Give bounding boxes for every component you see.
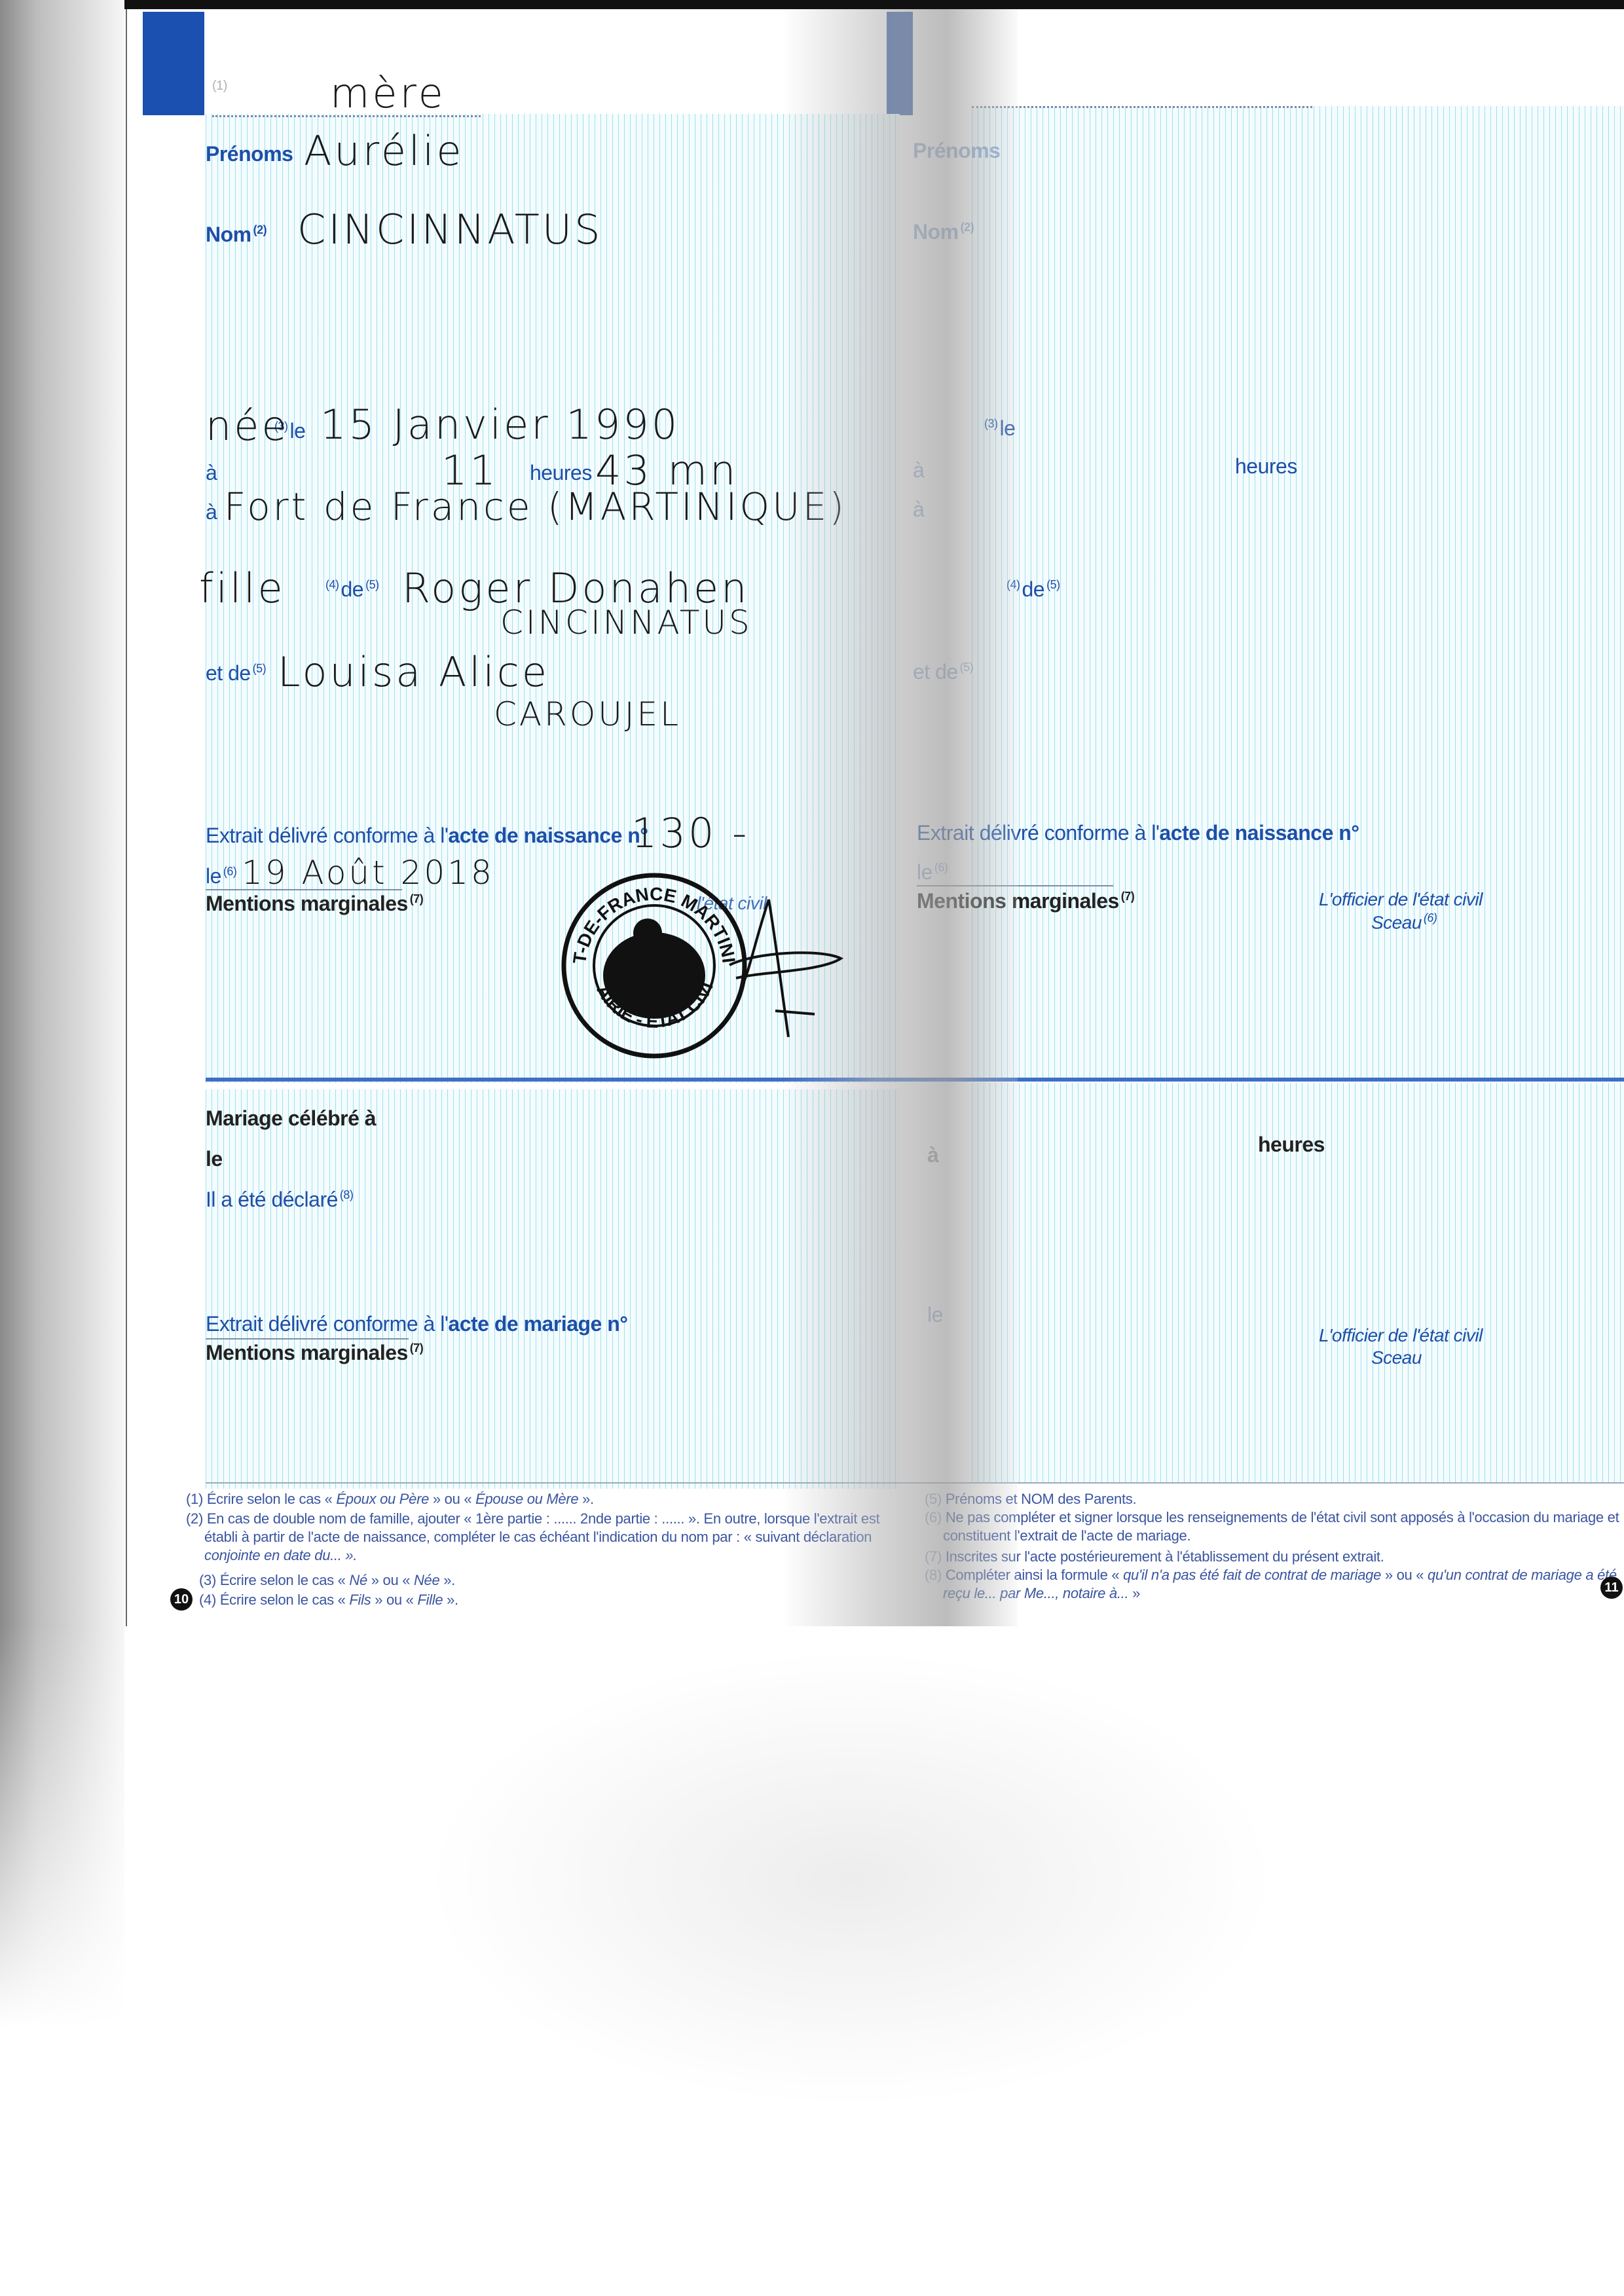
right-marriage-sceau-label: Sceau <box>1371 1347 1422 1368</box>
right-marriage-officer-label: L'officier de l'état civil <box>1319 1325 1483 1346</box>
birth-a-label: à <box>206 461 217 485</box>
prenoms-label: Prénoms <box>206 142 293 166</box>
nom-label: Nom(2) <box>206 223 268 247</box>
right-birth-extract-line: Extrait délivré conforme à l'acte de nai… <box>917 821 1359 845</box>
livret-spread: (1) mère Prénoms Aurélie Nom(2) CINCINNA… <box>126 9 1624 1626</box>
scanner-top-edge <box>0 0 1624 9</box>
extract-date-handwritten[interactable]: 19 Août 2018 <box>242 854 494 892</box>
father-last-name-handwritten[interactable]: CINCINNATUS <box>500 604 752 642</box>
de-label: (4)de(5) <box>323 577 381 602</box>
section-divider-rule <box>206 1078 1624 1082</box>
scanner-left-fade <box>0 1624 124 2296</box>
birth-place-a-label: à <box>206 500 217 524</box>
right-et-de-label: et de(5) <box>913 660 975 684</box>
birth-date-handwritten[interactable]: 15 Janvier 1990 <box>320 401 680 448</box>
right-heures-label: heures <box>1235 454 1297 479</box>
right-extract-underline <box>917 885 1113 886</box>
mother-first-names-handwritten[interactable]: Louisa Alice <box>278 648 549 696</box>
left-page-blue-tab <box>143 12 204 115</box>
mariage-celebre-label: Mariage célébré à <box>206 1106 376 1131</box>
mother-last-name-handwritten[interactable]: CAROUJEL <box>494 695 681 733</box>
right-sceau-label: Sceau(6) <box>1371 911 1439 933</box>
footnote-8: (8) Compléter ainsi la formule « qu'il n… <box>925 1566 1617 1603</box>
right-marriage-le-label: le <box>927 1303 943 1327</box>
footnote-4: (4) Écrire selon le cas « Fils » ou « Fi… <box>199 1591 458 1609</box>
right-officer-label: L'officier de l'état civil <box>1319 889 1483 910</box>
footnote-6: (6) Ne pas compléter et signer lorsque l… <box>925 1508 1619 1545</box>
prenoms-value-handwritten[interactable]: Aurélie <box>304 127 464 175</box>
right-security-background-top <box>972 106 1624 1082</box>
right-page-blue-tab <box>887 12 913 115</box>
right-marriage-heures-label: heures <box>1258 1133 1325 1157</box>
acte-number-handwritten[interactable]: 130 - <box>631 809 749 857</box>
role-footnote-marker: (1) <box>212 79 227 94</box>
footnote-1: (1) Écrire selon le cas « Époux ou Père … <box>186 1490 594 1508</box>
officer-signature <box>716 886 847 1044</box>
marriage-extract-underline <box>206 1338 409 1339</box>
right-nom-label: Nom(2) <box>913 220 976 244</box>
nee-handwritten[interactable]: née <box>206 402 289 450</box>
right-prenoms-label: Prénoms <box>913 139 1000 163</box>
right-de-label: (4)de(5) <box>1005 577 1062 602</box>
scan-bottom-shadow <box>426 1650 1277 2108</box>
nom-value-handwritten[interactable]: CINCINNATUS <box>297 206 603 253</box>
footnote-rule <box>206 1482 1624 1484</box>
right-marriage-a-label: à <box>927 1143 938 1167</box>
extract-le-label: le(6) <box>206 864 238 888</box>
birth-place-handwritten[interactable]: Fort de France (MARTINIQUE) <box>224 484 847 529</box>
right-role-dotted-line <box>972 106 1312 108</box>
page-number-left: 10 <box>170 1588 193 1611</box>
heures-label: heures <box>530 461 592 485</box>
birth-extract-line: Extrait délivré conforme à l'acte de nai… <box>206 824 648 848</box>
marriage-mentions-label: Mentions marginales(7) <box>206 1341 425 1365</box>
fille-handwritten[interactable]: fille <box>199 564 286 612</box>
mentions-marginales-label: Mentions marginales(7) <box>206 892 425 916</box>
right-mentions-label: Mentions marginales(7) <box>917 889 1136 913</box>
right-extract-le-label: le(6) <box>917 860 950 884</box>
footnote-5: (5) Prénoms et NOM des Parents. <box>925 1490 1136 1508</box>
footnote-2: (2) En cas de double nom de famille, ajo… <box>186 1510 879 1565</box>
page-number-right: 11 <box>1600 1576 1623 1599</box>
marriage-extract-line: Extrait délivré conforme à l'acte de mar… <box>206 1312 628 1336</box>
role-value-handwritten[interactable]: mère <box>330 69 446 117</box>
footnote-7: (7) Inscrites sur l'acte postérieurement… <box>925 1548 1384 1566</box>
right-birth-a-label: à <box>913 458 924 483</box>
et-de-label: et de(5) <box>206 661 268 685</box>
left-security-background-bottom <box>206 1089 900 1489</box>
right-birth-place-a-label: à <box>913 498 924 522</box>
footnote-3: (3) Écrire selon le cas « Né » ou « Née … <box>199 1571 455 1590</box>
mariage-le-label: le <box>206 1147 223 1171</box>
declare-label: Il a été déclaré(8) <box>206 1188 355 1212</box>
right-birth-le-label: (3)le <box>982 416 1015 441</box>
